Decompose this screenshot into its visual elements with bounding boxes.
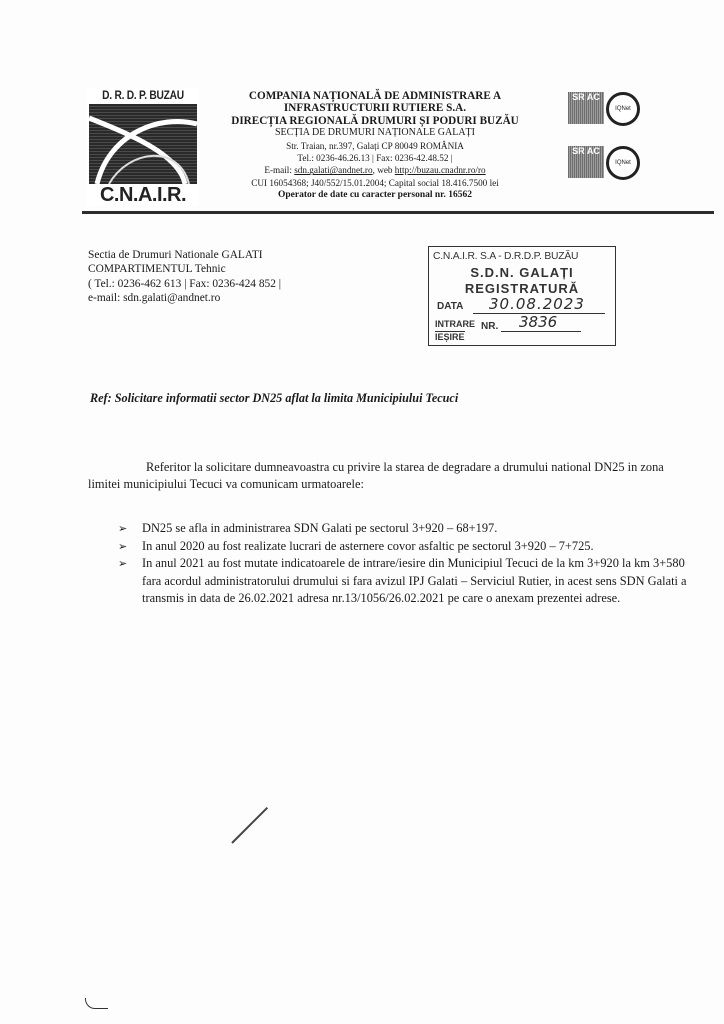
stamp-nr-line xyxy=(501,331,581,332)
sender-line2: COMPARTIMENTUL Tehnic xyxy=(88,262,281,276)
registry-stamp: C.N.A.I.R. S.A - D.R.D.P. BUZĂU S.D.N. G… xyxy=(428,246,616,346)
list-item: ➢In anul 2021 au fost mutate indicatoare… xyxy=(118,555,688,608)
sender-line1: Sectia de Drumuri Nationale GALATI xyxy=(88,248,281,262)
sender-line3: ( Tel.: 0236-462 613 | Fax: 0236-424 852… xyxy=(88,277,281,291)
registry-info: CUI 16054368; J40/552/15.01.2004; Capita… xyxy=(200,177,550,189)
sr-ac-cert-icon: SR AC xyxy=(568,146,604,178)
arrow-bullet-icon: ➢ xyxy=(118,520,127,538)
stamp-exit-label: IEȘIRE xyxy=(435,331,465,342)
sr-ac-cert-icon: SR AC xyxy=(568,92,604,124)
road-emblem-icon xyxy=(89,104,197,184)
letterhead-text: COMPANIA NAȚIONALĂ DE ADMINISTRARE A INF… xyxy=(200,90,550,202)
stamp-date-label: DATA xyxy=(437,301,463,312)
section-name: SECȚIA DE DRUMURI NAȚIONALE GALAȚI xyxy=(200,127,550,139)
header-divider xyxy=(82,211,714,214)
cnair-logo: D. R. D. P. BUZAU C.N.A.I.R. xyxy=(87,88,199,206)
company-line1: COMPANIA NAȚIONALĂ DE ADMINISTRARE A xyxy=(200,90,550,102)
stamp-nr-value: 3836 xyxy=(519,313,557,331)
stamp-entry-label: INTRARE xyxy=(435,319,475,329)
pen-stroke-mark xyxy=(231,807,268,844)
arrow-bullet-icon: ➢ xyxy=(118,538,127,556)
sender-line4: e-mail: sdn.galati@andnet.ro xyxy=(88,291,281,305)
stamp-date-value: 30.08.2023 xyxy=(489,295,585,313)
contact-line: E-mail: sdn.galati@andnet.ro, web http:/… xyxy=(200,164,550,176)
web-label: , web xyxy=(373,165,393,175)
phone-fax: Tel.: 0236-46.26.13 | Fax: 0236-42.48.52… xyxy=(200,152,550,164)
list-item: ➢In anul 2020 au fost realizate lucrari … xyxy=(118,538,688,556)
intro-text: Referitor la solicitare dumneavoastra cu… xyxy=(88,460,664,491)
iqnet-cert-icon: IQNet xyxy=(606,92,640,126)
logo-acronym: C.N.A.I.R. xyxy=(87,184,199,206)
stamp-nr-label: NR. xyxy=(481,321,498,332)
arrow-bullet-icon: ➢ xyxy=(118,555,127,573)
email-label: E-mail: xyxy=(264,165,292,175)
findings-list: ➢DN25 se afla in administrarea SDN Galat… xyxy=(118,520,688,608)
company-line2: INFRASTRUCTURII RUTIERE S.A. xyxy=(200,102,550,114)
stamp-office: S.D.N. GALAȚI xyxy=(429,265,615,280)
list-item: ➢DN25 se afla in administrarea SDN Galat… xyxy=(118,520,688,538)
intro-paragraph: Referitor la solicitare dumneavoastra cu… xyxy=(88,459,678,493)
operator-info: Operator de date cu caracter personal nr… xyxy=(200,189,550,201)
directorate: DIRECȚIA REGIONALĂ DRUMURI ȘI PODURI BUZ… xyxy=(200,115,550,127)
logo-title: D. R. D. P. BUZAU xyxy=(95,88,190,102)
stamp-org: C.N.A.I.R. S.A - D.R.D.P. BUZĂU xyxy=(433,251,578,262)
reference-line: Ref: Solicitare informatii sector DN25 a… xyxy=(90,391,458,406)
address: Str. Traian, nr.397, Galați CP 80049 ROM… xyxy=(200,140,550,152)
pen-scribble-mark xyxy=(85,998,108,1009)
email-link[interactable]: sdn.galati@andnet.ro xyxy=(294,165,372,175)
web-link[interactable]: http://buzau.cnadnr.ro/ro xyxy=(395,165,486,175)
stamp-registry: REGISTRATURĂ xyxy=(429,281,615,296)
iqnet-cert-icon: IQNet xyxy=(606,146,640,180)
sender-block: Sectia de Drumuri Nationale GALATI COMPA… xyxy=(88,248,281,305)
